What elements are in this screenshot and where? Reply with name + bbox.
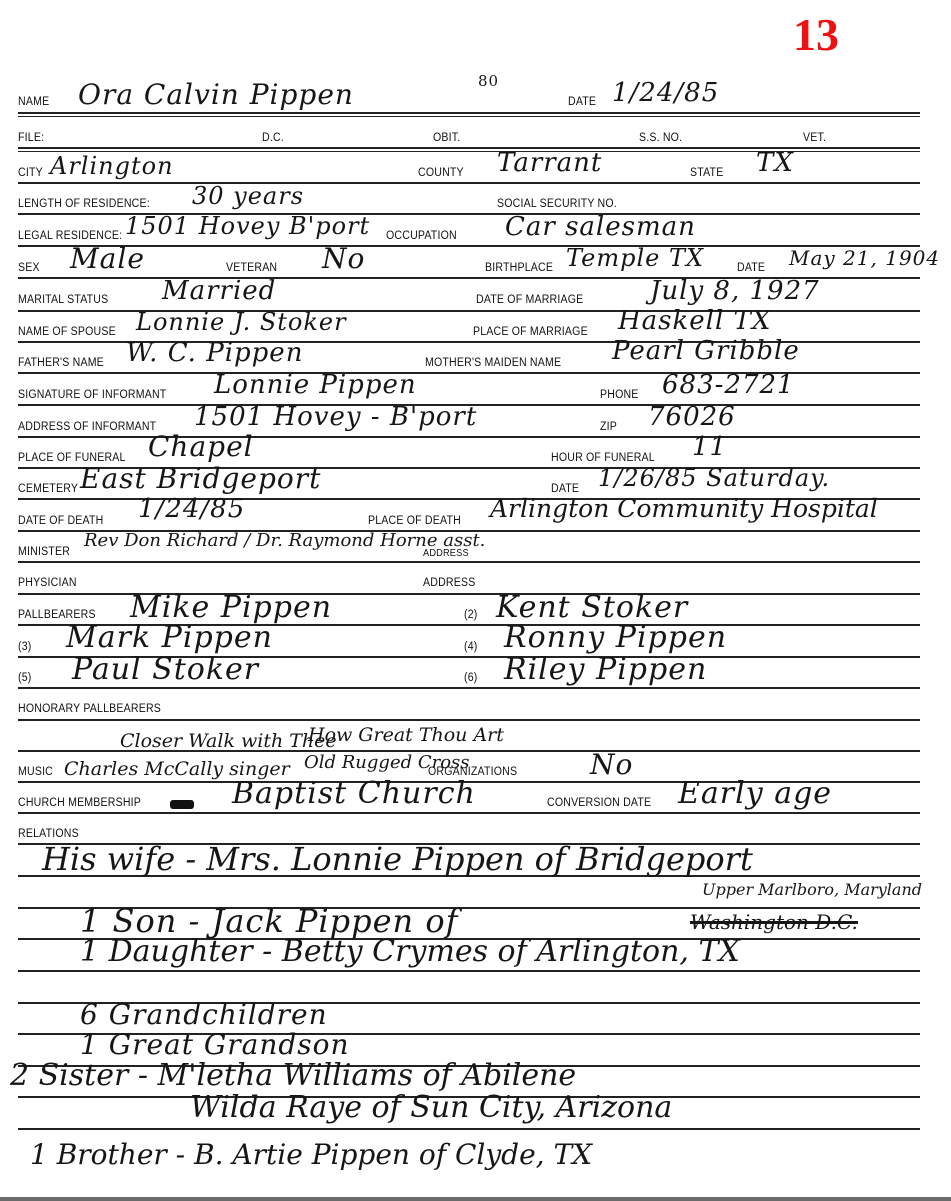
scan-bottom-edge: [0, 1197, 951, 1201]
file-label: FILE:: [18, 132, 44, 144]
pallbearer-4[interactable]: Ronny Pippen: [504, 620, 727, 655]
phone-value[interactable]: 683-2721: [662, 370, 795, 400]
phone-label: PHONE: [600, 389, 639, 401]
marital-status-label: MARITAL STATUS: [18, 294, 108, 306]
veteran-value[interactable]: No: [322, 242, 365, 275]
vet-label: VET.: [803, 132, 826, 144]
church-membership-label: CHURCH MEMBERSHIP: [18, 797, 141, 809]
hour-of-funeral-value[interactable]: 11: [692, 432, 727, 462]
fathers-name-label: FATHER'S NAME: [18, 357, 104, 369]
date-label: DATE: [568, 96, 596, 108]
relation-line[interactable]: His wife - Mrs. Lonnie Pippen of Bridgep…: [42, 840, 753, 878]
mothers-maiden-name-label: MOTHER'S MAIDEN NAME: [425, 357, 561, 369]
relation-line[interactable]: 1 Daughter - Betty Crymes of Arlington, …: [80, 934, 740, 969]
birth-date-label: DATE: [737, 262, 765, 274]
address-of-informant-label: ADDRESS OF INFORMANT: [18, 421, 156, 433]
social-security-no-label: SOCIAL SECURITY NO.: [497, 198, 617, 210]
conversion-date-value[interactable]: Early age: [678, 776, 832, 811]
occupation-label: OCCUPATION: [386, 230, 457, 242]
rule-legal: [18, 245, 920, 247]
age-note: 80: [478, 72, 499, 90]
obit-label: OBIT.: [433, 132, 460, 144]
minister-label: MINISTER: [18, 546, 70, 558]
date-of-death-label: DATE OF DEATH: [18, 515, 103, 527]
pallbearer-5-num: (5): [18, 672, 31, 684]
ss-no-label: S.S. NO.: [639, 132, 682, 144]
date-of-marriage-label: DATE OF MARRIAGE: [476, 294, 583, 306]
county-label: COUNTY: [418, 167, 464, 179]
relation-line[interactable]: 2 Sister - M'letha Williams of Abilene: [10, 1058, 576, 1093]
funeral-date-value[interactable]: 1/26/85 Saturday.: [598, 464, 830, 492]
song-1: Closer Walk with Thee: [120, 730, 337, 752]
rule-pall-5: [18, 687, 920, 689]
state-label: STATE: [690, 167, 723, 179]
legal-residence-label: LEGAL RESIDENCE:: [18, 230, 122, 242]
state-value[interactable]: TX: [756, 148, 794, 178]
rule-church: [18, 812, 920, 814]
legal-residence-value[interactable]: 1501 Hovey B'port: [125, 212, 370, 240]
music-label: MUSIC: [18, 766, 53, 778]
minister-address-label: ADDRESS: [423, 548, 469, 559]
relation-line-crossed-out: Washington D.C.: [690, 910, 858, 934]
birth-date-value[interactable]: May 21, 1904: [789, 246, 940, 270]
hour-of-funeral-label: HOUR OF FUNERAL: [551, 452, 655, 464]
pallbearer-4-num: (4): [464, 641, 477, 653]
relation-line[interactable]: 6 Grandchildren: [80, 998, 328, 1031]
name-label: NAME: [18, 96, 49, 108]
date-of-marriage-value[interactable]: July 8, 1927: [650, 276, 820, 306]
mothers-maiden-name-value[interactable]: Pearl Gribble: [612, 336, 800, 366]
date-of-death-value[interactable]: 1/24/85: [138, 494, 245, 524]
county-value[interactable]: Tarrant: [497, 148, 602, 178]
zip-value[interactable]: 76026: [648, 402, 736, 432]
dc-label: D.C.: [262, 132, 284, 144]
signature-of-informant-label: SIGNATURE OF INFORMANT: [18, 389, 166, 401]
pallbearer-5[interactable]: Paul Stoker: [72, 652, 259, 687]
rule-city: [18, 182, 920, 184]
page-number: 13: [793, 8, 839, 61]
length-of-residence-value[interactable]: 30 years: [192, 182, 304, 210]
rule-rel-4: [18, 970, 920, 972]
physician-address-label: ADDRESS: [423, 577, 475, 589]
relation-line[interactable]: 1 Brother - B. Artie Pippen of Clyde, TX: [30, 1138, 592, 1171]
relation-line[interactable]: Wilda Raye of Sun City, Arizona: [190, 1090, 672, 1125]
place-of-death-label: PLACE OF DEATH: [368, 515, 461, 527]
rule-honorary: [18, 719, 920, 721]
place-of-funeral-value[interactable]: Chapel: [148, 430, 254, 463]
place-of-marriage-label: PLACE OF MARRIAGE: [473, 326, 588, 338]
birthplace-value[interactable]: Temple TX: [566, 244, 704, 272]
relation-line[interactable]: Upper Marlboro, Maryland: [702, 880, 922, 899]
place-of-death-value[interactable]: Arlington Community Hospital: [490, 494, 878, 523]
sex-value[interactable]: Male: [70, 242, 145, 275]
city-label: CITY: [18, 167, 43, 179]
occupation-value[interactable]: Car salesman: [505, 212, 696, 242]
address-of-informant-value[interactable]: 1501 Hovey - B'port: [194, 402, 477, 432]
conversion-date-label: CONVERSION DATE: [547, 797, 651, 809]
pallbearer-6[interactable]: Riley Pippen: [504, 652, 707, 687]
pallbearer-3-num: (3): [18, 641, 31, 653]
cemetery-value[interactable]: East Bridgeport: [80, 462, 321, 495]
rule-rel-9: [18, 1128, 920, 1130]
length-of-residence-label: LENGTH OF RESIDENCE:: [18, 198, 150, 210]
marital-status-value[interactable]: Married: [162, 276, 276, 306]
veteran-label: VETERAN: [226, 262, 277, 274]
rule-minister: [18, 561, 920, 563]
name-of-spouse-value[interactable]: Lonnie J. Stoker: [136, 308, 347, 336]
name-value[interactable]: Ora Calvin Pippen: [78, 78, 354, 111]
honorary-pallbearers-label: HONORARY PALLBEARERS: [18, 703, 161, 715]
zip-label: ZIP: [600, 421, 617, 433]
pallbearer-3[interactable]: Mark Pippen: [66, 620, 273, 655]
organizations-value[interactable]: No: [590, 748, 633, 781]
signature-of-informant-value[interactable]: Lonnie Pippen: [214, 370, 417, 400]
city-value[interactable]: Arlington: [50, 152, 174, 180]
sex-label: SEX: [18, 262, 40, 274]
rule-name: [18, 112, 920, 114]
fathers-name-value[interactable]: W. C. Pippen: [126, 338, 303, 368]
cemetery-label: CEMETERY: [18, 483, 78, 495]
church-membership-value[interactable]: Baptist Church: [232, 776, 476, 811]
relation-line[interactable]: 1 Great Grandson: [80, 1028, 350, 1061]
song-2: How Great Thou Art: [308, 724, 504, 746]
birthplace-label: BIRTHPLACE: [485, 262, 553, 274]
place-of-marriage-value[interactable]: Haskell TX: [618, 306, 771, 336]
pallbearer-6-num: (6): [464, 672, 477, 684]
pallbearer-2-num: (2): [464, 609, 477, 621]
relations-label: RELATIONS: [18, 828, 79, 840]
date-value[interactable]: 1/24/85: [612, 78, 719, 108]
name-of-spouse-label: NAME OF SPOUSE: [18, 326, 116, 338]
scribbled-out-mark: [170, 800, 194, 809]
physician-label: PHYSICIAN: [18, 577, 77, 589]
